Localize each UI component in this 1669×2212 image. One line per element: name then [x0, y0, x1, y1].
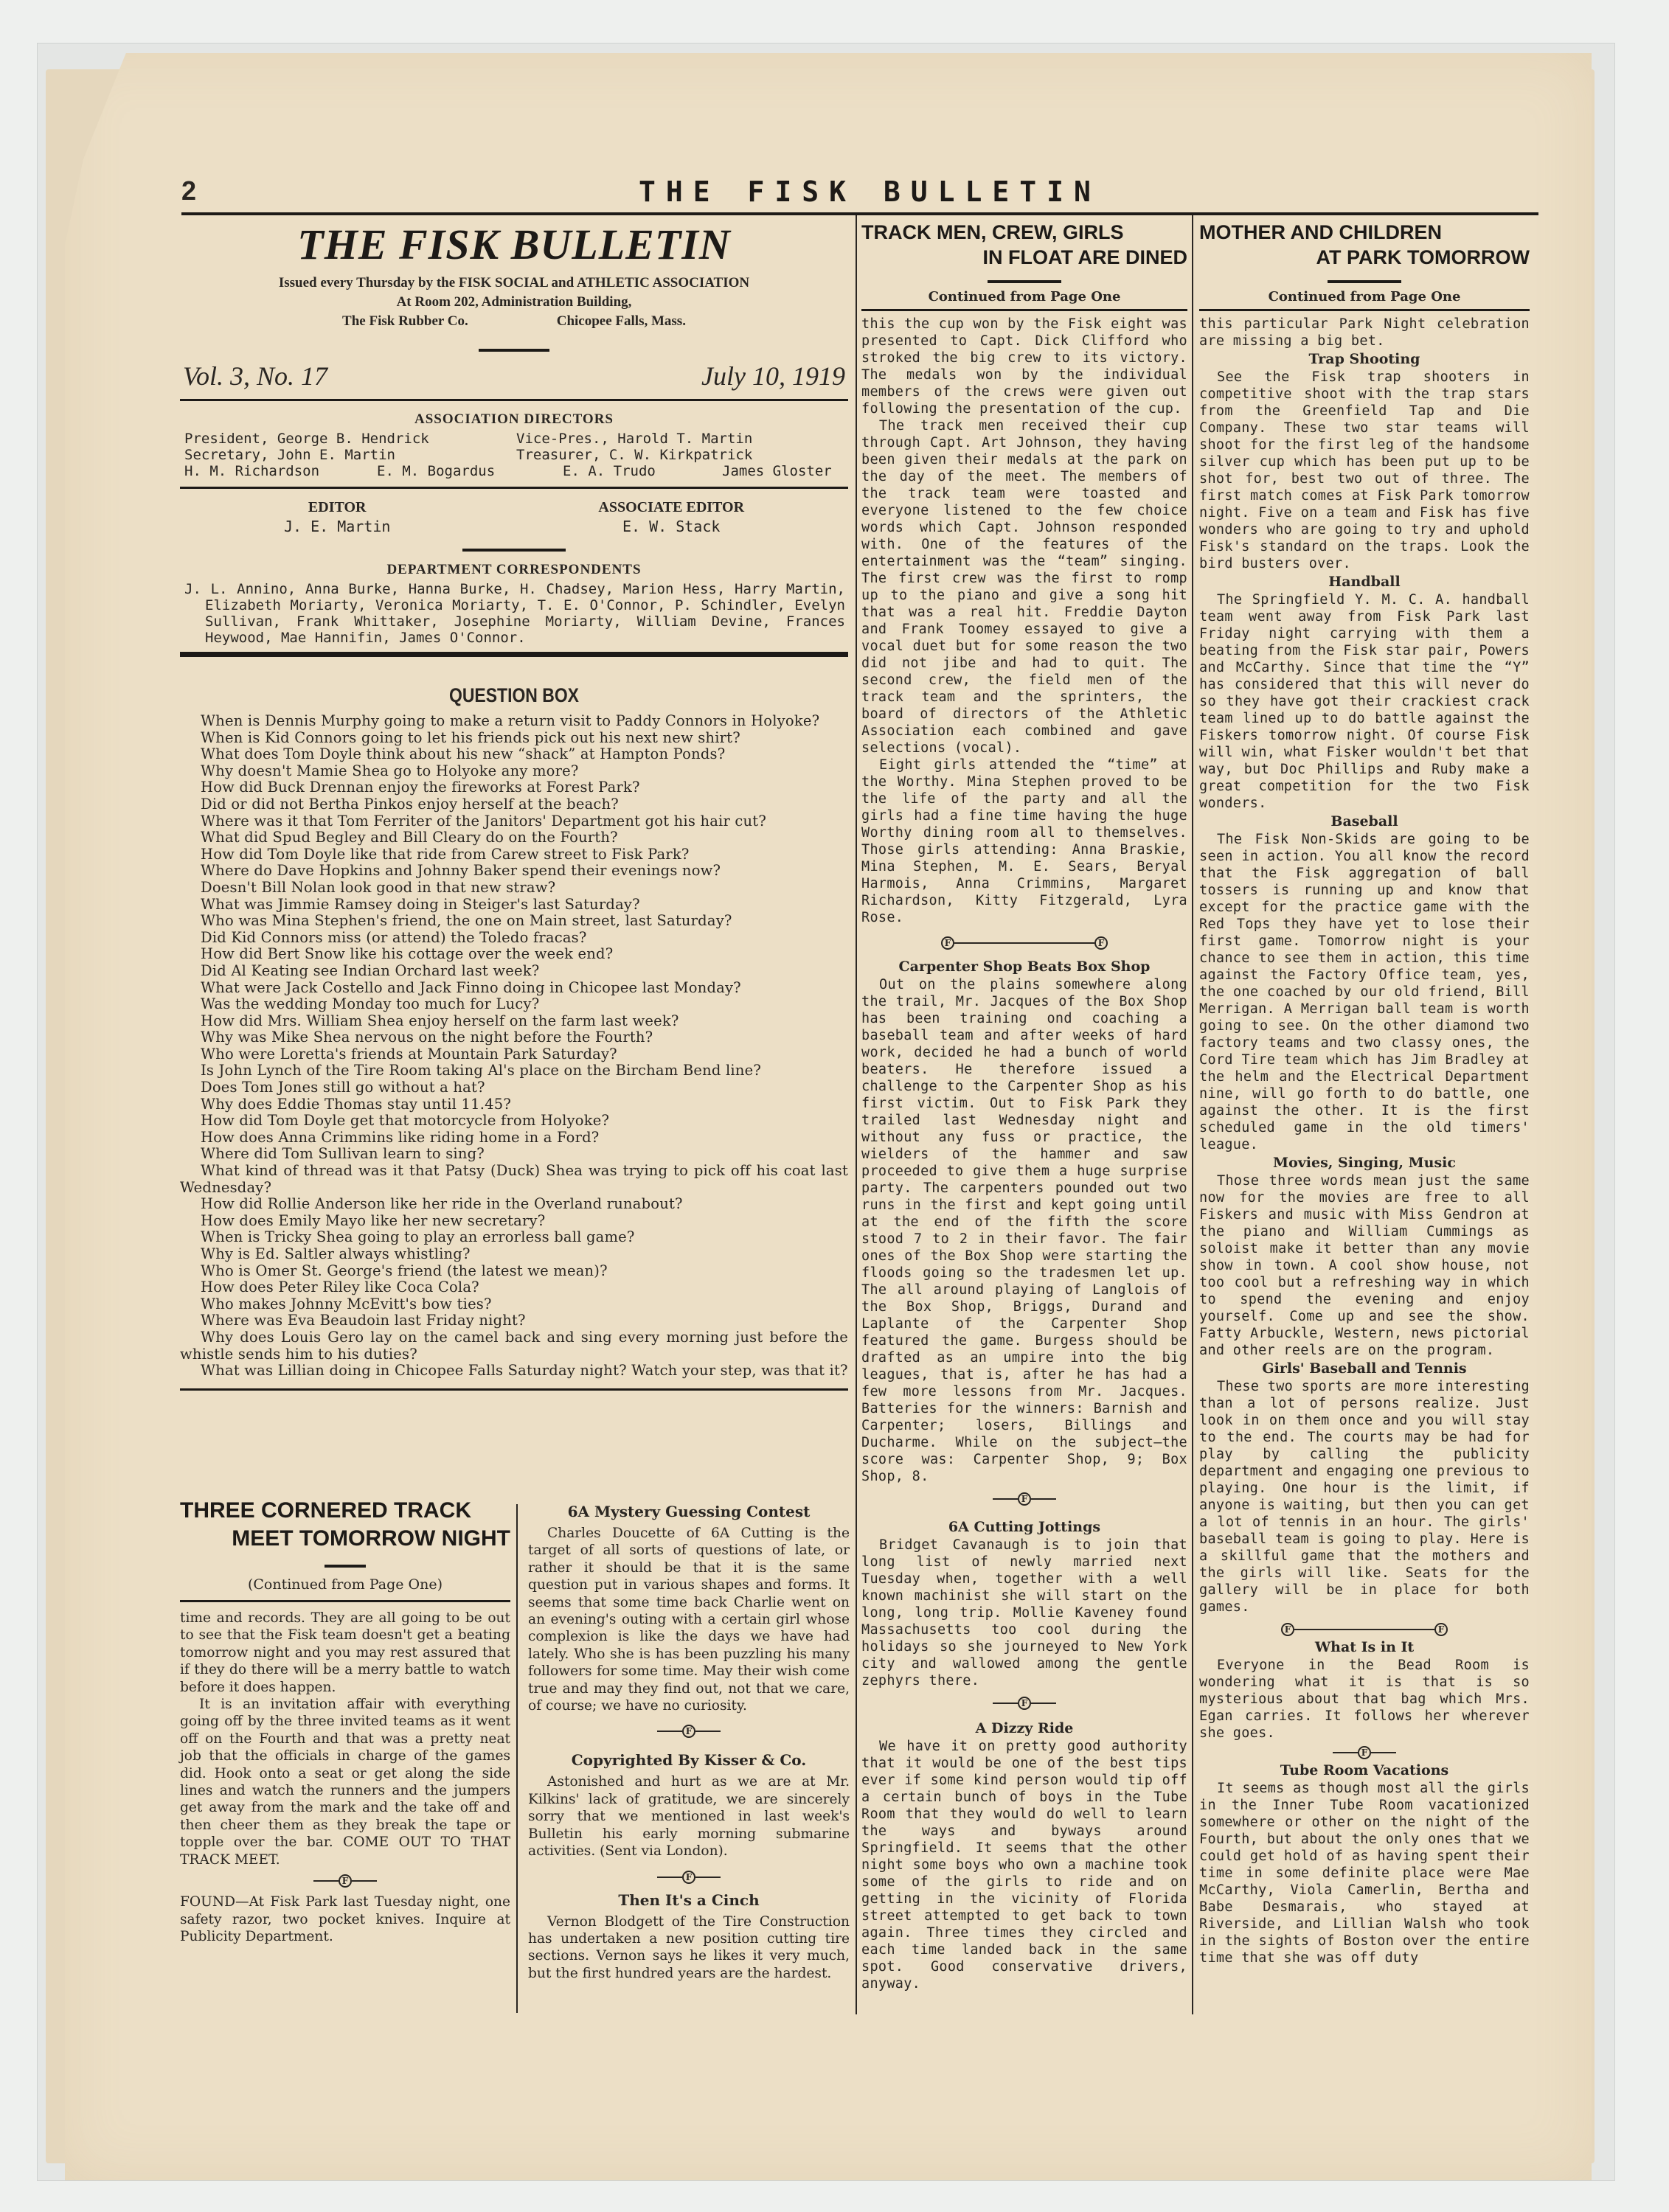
fisk-divider: FF [861, 936, 1187, 950]
director-name: President, George B. Hendrick [184, 431, 516, 447]
editor-name: J. E. Martin [284, 518, 391, 535]
question-item: How did Tom Doyle get that motorcycle fr… [180, 1113, 848, 1130]
mystery-contest-heading: 6A Mystery Guessing Contest [528, 1503, 850, 1520]
question-item: How does Anna Crimmins like riding home … [180, 1130, 848, 1147]
associate-editor-name: E. W. Stack [598, 518, 744, 535]
article-body: Bridget Cavanaugh is to join that long l… [861, 1537, 1187, 1689]
question-item: How did Tom Doyle like that ride from Ca… [180, 846, 848, 863]
copyrighted-heading: Copyrighted By Kisser & Co. [528, 1751, 850, 1769]
fisk-f-icon: F [1358, 1746, 1371, 1759]
paragraph: See the Fisk trap shooters in competitiv… [1199, 369, 1530, 572]
found-notice: FOUND—At Fisk Park last Tuesday night, o… [180, 1893, 510, 1945]
question-item: Why was Mike Shea nervous on the night b… [180, 1029, 848, 1046]
article-body: time and records. They are all going to … [180, 1610, 510, 1868]
directors-row: H. M. RichardsonE. M. BogardusE. A. Trud… [184, 463, 848, 479]
question-item: Why does Eddie Thomas stay until 11.45? [180, 1096, 848, 1113]
paragraph: Eight girls attended the “time” at the W… [861, 757, 1187, 926]
director-name: E. M. Bogardus [377, 463, 563, 479]
paragraph: Vernon Blodgett of the Tire Construction… [528, 1913, 850, 1983]
paragraph: this the cup won by the Fisk eight was p… [861, 316, 1187, 417]
question-item: Where do Dave Hopkins and Johnny Baker s… [180, 863, 848, 880]
fisk-divider: F [528, 1725, 850, 1738]
what-is-in-it-heading: What Is in It [1199, 1639, 1530, 1655]
issue-info: Vol. 3, No. 17 July 10, 1919 [180, 361, 848, 392]
paragraph: These two sports are more interesting th… [1199, 1378, 1530, 1615]
company-name: The Fisk Rubber Co. [342, 313, 468, 330]
masthead: THE FISK BULLETIN Issued every Thursday … [180, 214, 848, 663]
fisk-f-icon: F [682, 1871, 695, 1884]
fisk-f-icon: F [941, 936, 954, 950]
divider [180, 1600, 510, 1602]
question-item: How does Emily Mayo like her new secreta… [180, 1213, 848, 1230]
fisk-f-icon: F [1434, 1623, 1448, 1636]
question-item: Does Tom Jones still go without a hat? [180, 1079, 848, 1096]
associate-editor-label: ASSOCIATE EDITOR [598, 499, 744, 516]
paragraph: Charles Doucette of 6A Cutting is the ta… [528, 1525, 850, 1714]
question-item: How did Rollie Anderson like her ride in… [180, 1196, 848, 1213]
carpenter-heading: Carpenter Shop Beats Box Shop [861, 959, 1187, 975]
section-heading: Baseball [1199, 813, 1530, 829]
question-item: How did Mrs. William Shea enjoy herself … [180, 1013, 848, 1030]
question-item: Did or did not Bertha Pinkos enjoy herse… [180, 796, 848, 813]
fisk-f-icon: F [339, 1874, 352, 1888]
question-item: What kind of thread was it that Patsy (D… [180, 1163, 848, 1196]
fisk-f-icon: F [1281, 1623, 1294, 1636]
paragraph: The Fisk Non-Skids are going to be seen … [1199, 831, 1530, 1153]
column-rule [1192, 215, 1193, 2014]
article-body: Charles Doucette of 6A Cutting is the ta… [528, 1525, 850, 1714]
volume-number: Vol. 3, No. 17 [183, 361, 327, 392]
paragraph: Bridget Cavanaugh is to join that long l… [861, 1537, 1187, 1689]
headline-line-1: THREE CORNERED TRACK [180, 1497, 510, 1525]
question-item: How did Buck Drennan enjoy the fireworks… [180, 779, 848, 796]
question-item: Was the wedding Monday too much for Lucy… [180, 996, 848, 1013]
divider [180, 399, 848, 401]
paragraph: Those three words mean just the same now… [1199, 1172, 1530, 1359]
article-body: this particular Park Night celebration a… [1199, 316, 1530, 349]
question-item: How does Peter Riley like Coca Cola? [180, 1279, 848, 1296]
editor-block: EDITOR J. E. Martin [284, 499, 391, 535]
headline-line-2: MEET TOMORROW NIGHT [180, 1525, 510, 1553]
directors-list: President, George B. HendrickVice-Pres.,… [180, 431, 848, 479]
correspondents-list: J. L. Annino, Anna Burke, Hanna Burke, H… [180, 581, 848, 646]
divider [1199, 309, 1530, 311]
question-item: When is Dennis Murphy going to make a re… [180, 713, 848, 730]
director-name: H. M. Richardson [184, 463, 377, 479]
question-item: What was Jimmie Ramsey doing in Steiger'… [180, 897, 848, 914]
cinch-heading: Then It's a Cinch [528, 1891, 850, 1909]
correspondents-heading: DEPARTMENT CORRESPONDENTS [180, 562, 848, 578]
column-rule [856, 215, 857, 2014]
question-item: Doesn't Bill Nolan look good in that new… [180, 880, 848, 897]
question-item: When is Kid Connors going to let his fri… [180, 730, 848, 747]
section-heading: Girls' Baseball and Tennis [1199, 1360, 1530, 1377]
paragraph: Astonished and hurt as we are at Mr. Kil… [528, 1773, 850, 1860]
director-name: James Gloster [722, 463, 848, 479]
question-item: Did Kid Connors miss (or attend) the Tol… [180, 930, 848, 947]
running-title: THE FISK BULLETIN [639, 175, 1101, 208]
park-column: MOTHER AND CHILDREN AT PARK TOMORROW Con… [1199, 220, 1530, 1966]
divider [861, 309, 1187, 311]
question-item: Why is Ed. Saltler always whistling? [180, 1246, 848, 1263]
article-body: Those three words mean just the same now… [1199, 1172, 1530, 1359]
question-item: What were Jack Costello and Jack Finno d… [180, 980, 848, 997]
divider [988, 280, 1061, 283]
publisher-row: The Fisk Rubber Co. Chicopee Falls, Mass… [180, 313, 848, 330]
fisk-divider: F [861, 1697, 1187, 1710]
question-item: Where was Eva Beaudoin last Friday night… [180, 1312, 848, 1329]
fisk-divider: F [528, 1871, 850, 1884]
section-heading: Handball [1199, 574, 1530, 590]
question-item: Why does Louis Gero lay on the camel bac… [180, 1329, 848, 1363]
fisk-f-icon: F [1018, 1492, 1031, 1506]
question-box-heading: QUESTION BOX [230, 684, 798, 707]
fisk-divider: F [180, 1874, 510, 1888]
section-heading: Trap Shooting [1199, 351, 1530, 367]
continued-note: Continued from Page One [1199, 289, 1530, 305]
question-item: What was Lillian doing in Chicopee Falls… [180, 1363, 848, 1380]
question-item: Where was it that Tom Ferriter of the Ja… [180, 813, 848, 830]
directors-row: Secretary, John E. MartinTreasurer, C. W… [184, 447, 848, 463]
paragraph: FOUND—At Fisk Park last Tuesday night, o… [180, 1893, 510, 1945]
article-body: The Springfield Y. M. C. A. handball tea… [1199, 591, 1530, 812]
article-body: The Fisk Non-Skids are going to be seen … [1199, 831, 1530, 1153]
paragraph: It is an invitation affair with everythi… [180, 1696, 510, 1868]
question-item: Who were Loretta's friends at Mountain P… [180, 1046, 848, 1063]
paragraph: We have it on pretty good authority that… [861, 1738, 1187, 1992]
question-item: Where did Tom Sullivan learn to sing? [180, 1146, 848, 1163]
director-name: Treasurer, C. W. Kirkpatrick [516, 447, 848, 463]
fisk-f-icon: F [682, 1725, 695, 1738]
article-body: Everyone in the Bead Room is wondering w… [1199, 1657, 1530, 1742]
fisk-divider: FF [1199, 1623, 1530, 1636]
article-body: We have it on pretty good authority that… [861, 1738, 1187, 1992]
continued-note: (Continued from Page One) [180, 1576, 510, 1593]
headline-line-2: AT PARK TOMORROW [1199, 245, 1530, 270]
column-rule [516, 1504, 518, 2013]
article-body: this the cup won by the Fisk eight was p… [861, 316, 1187, 926]
article-body: It seems as though most all the girls in… [1199, 1780, 1530, 1966]
article-body: Vernon Blodgett of the Tire Construction… [528, 1913, 850, 1983]
question-item: How did Bert Snow like his cottage over … [180, 946, 848, 963]
question-item: Who was Mina Stephen's friend, the one o… [180, 913, 848, 930]
divider [180, 1388, 848, 1391]
divider [180, 487, 848, 489]
fisk-divider: F [1199, 1746, 1530, 1759]
fisk-f-icon: F [1094, 936, 1108, 950]
issue-date: July 10, 1919 [701, 361, 845, 392]
headline-line-1: MOTHER AND CHILDREN [1199, 220, 1530, 245]
editors: EDITOR J. E. Martin ASSOCIATE EDITOR E. … [180, 499, 848, 535]
small-items-column: 6A Mystery Guessing Contest Charles Douc… [528, 1497, 850, 1982]
page-number: 2 [181, 175, 196, 206]
director-name: Secretary, John E. Martin [184, 447, 516, 463]
question-item: Who is Omer St. George's friend (the lat… [180, 1263, 848, 1280]
paragraph: Everyone in the Bead Room is wondering w… [1199, 1657, 1530, 1742]
track-meet-article: THREE CORNERED TRACK MEET TOMORROW NIGHT… [180, 1497, 510, 1945]
director-name: E. A. Trudo [563, 463, 722, 479]
dined-headline: TRACK MEN, CREW, GIRLS IN FLOAT ARE DINE… [861, 220, 1187, 270]
article-body: Out on the plains somewhere along the tr… [861, 976, 1187, 1485]
masthead-title: THE FISK BULLETIN [180, 220, 848, 269]
track-meet-headline: THREE CORNERED TRACK MEET TOMORROW NIGHT [180, 1497, 510, 1553]
question-item: Who makes Johnny McEvitt's bow ties? [180, 1296, 848, 1313]
article-body: Astonished and hurt as we are at Mr. Kil… [528, 1773, 850, 1860]
question-item: What did Spud Begley and Bill Cleary do … [180, 829, 848, 846]
question-box: QUESTION BOX When is Dennis Murphy going… [180, 677, 848, 1398]
divider [325, 1565, 366, 1568]
issued-line: Issued every Thursday by the FISK SOCIAL… [180, 275, 848, 291]
paragraph: The Springfield Y. M. C. A. handball tea… [1199, 591, 1530, 812]
article-body: See the Fisk trap shooters in competitiv… [1199, 369, 1530, 572]
editor-label: EDITOR [284, 499, 391, 516]
directors-row: President, George B. HendrickVice-Pres.,… [184, 431, 848, 447]
fisk-f-icon: F [1018, 1697, 1031, 1710]
headline-line-2: IN FLOAT ARE DINED [861, 245, 1187, 270]
divider [479, 349, 549, 352]
address-line: At Room 202, Administration Building, [180, 294, 848, 310]
tube-room-heading: Tube Room Vacations [1199, 1762, 1530, 1778]
paragraph: Out on the plains somewhere along the tr… [861, 976, 1187, 1485]
director-name: Vice-Pres., Harold T. Martin [516, 431, 848, 447]
section-heading: Movies, Singing, Music [1199, 1155, 1530, 1171]
jottings-heading: 6A Cutting Jottings [861, 1519, 1187, 1535]
divider [180, 652, 848, 657]
fisk-divider: F [861, 1492, 1187, 1506]
divider [1328, 280, 1401, 283]
question-item: When is Tricky Shea going to play an err… [180, 1229, 848, 1246]
park-headline: MOTHER AND CHILDREN AT PARK TOMORROW [1199, 220, 1530, 270]
divider [462, 549, 566, 552]
location: Chicopee Falls, Mass. [557, 313, 686, 330]
paragraph: The track men received their cup through… [861, 417, 1187, 757]
park-sections: Trap ShootingSee the Fisk trap shooters … [1199, 351, 1530, 1615]
paragraph: time and records. They are all going to … [180, 1610, 510, 1696]
directors-heading: ASSOCIATION DIRECTORS [180, 411, 848, 428]
dined-column: TRACK MEN, CREW, GIRLS IN FLOAT ARE DINE… [861, 220, 1187, 1992]
paragraph: this particular Park Night celebration a… [1199, 316, 1530, 349]
continued-note: Continued from Page One [861, 289, 1187, 305]
headline-line-1: TRACK MEN, CREW, GIRLS [861, 220, 1187, 245]
paragraph: It seems as though most all the girls in… [1199, 1780, 1530, 1966]
question-item: Is John Lynch of the Tire Room taking Al… [180, 1062, 848, 1079]
question-item: Why doesn't Mamie Shea go to Holyoke any… [180, 763, 848, 780]
associate-editor-block: ASSOCIATE EDITOR E. W. Stack [598, 499, 744, 535]
question-list: When is Dennis Murphy going to make a re… [180, 713, 848, 1380]
question-item: What does Tom Doyle think about his new … [180, 746, 848, 763]
question-item: Did Al Keating see Indian Orchard last w… [180, 963, 848, 980]
article-body: These two sports are more interesting th… [1199, 1378, 1530, 1615]
dizzy-ride-heading: A Dizzy Ride [861, 1720, 1187, 1736]
